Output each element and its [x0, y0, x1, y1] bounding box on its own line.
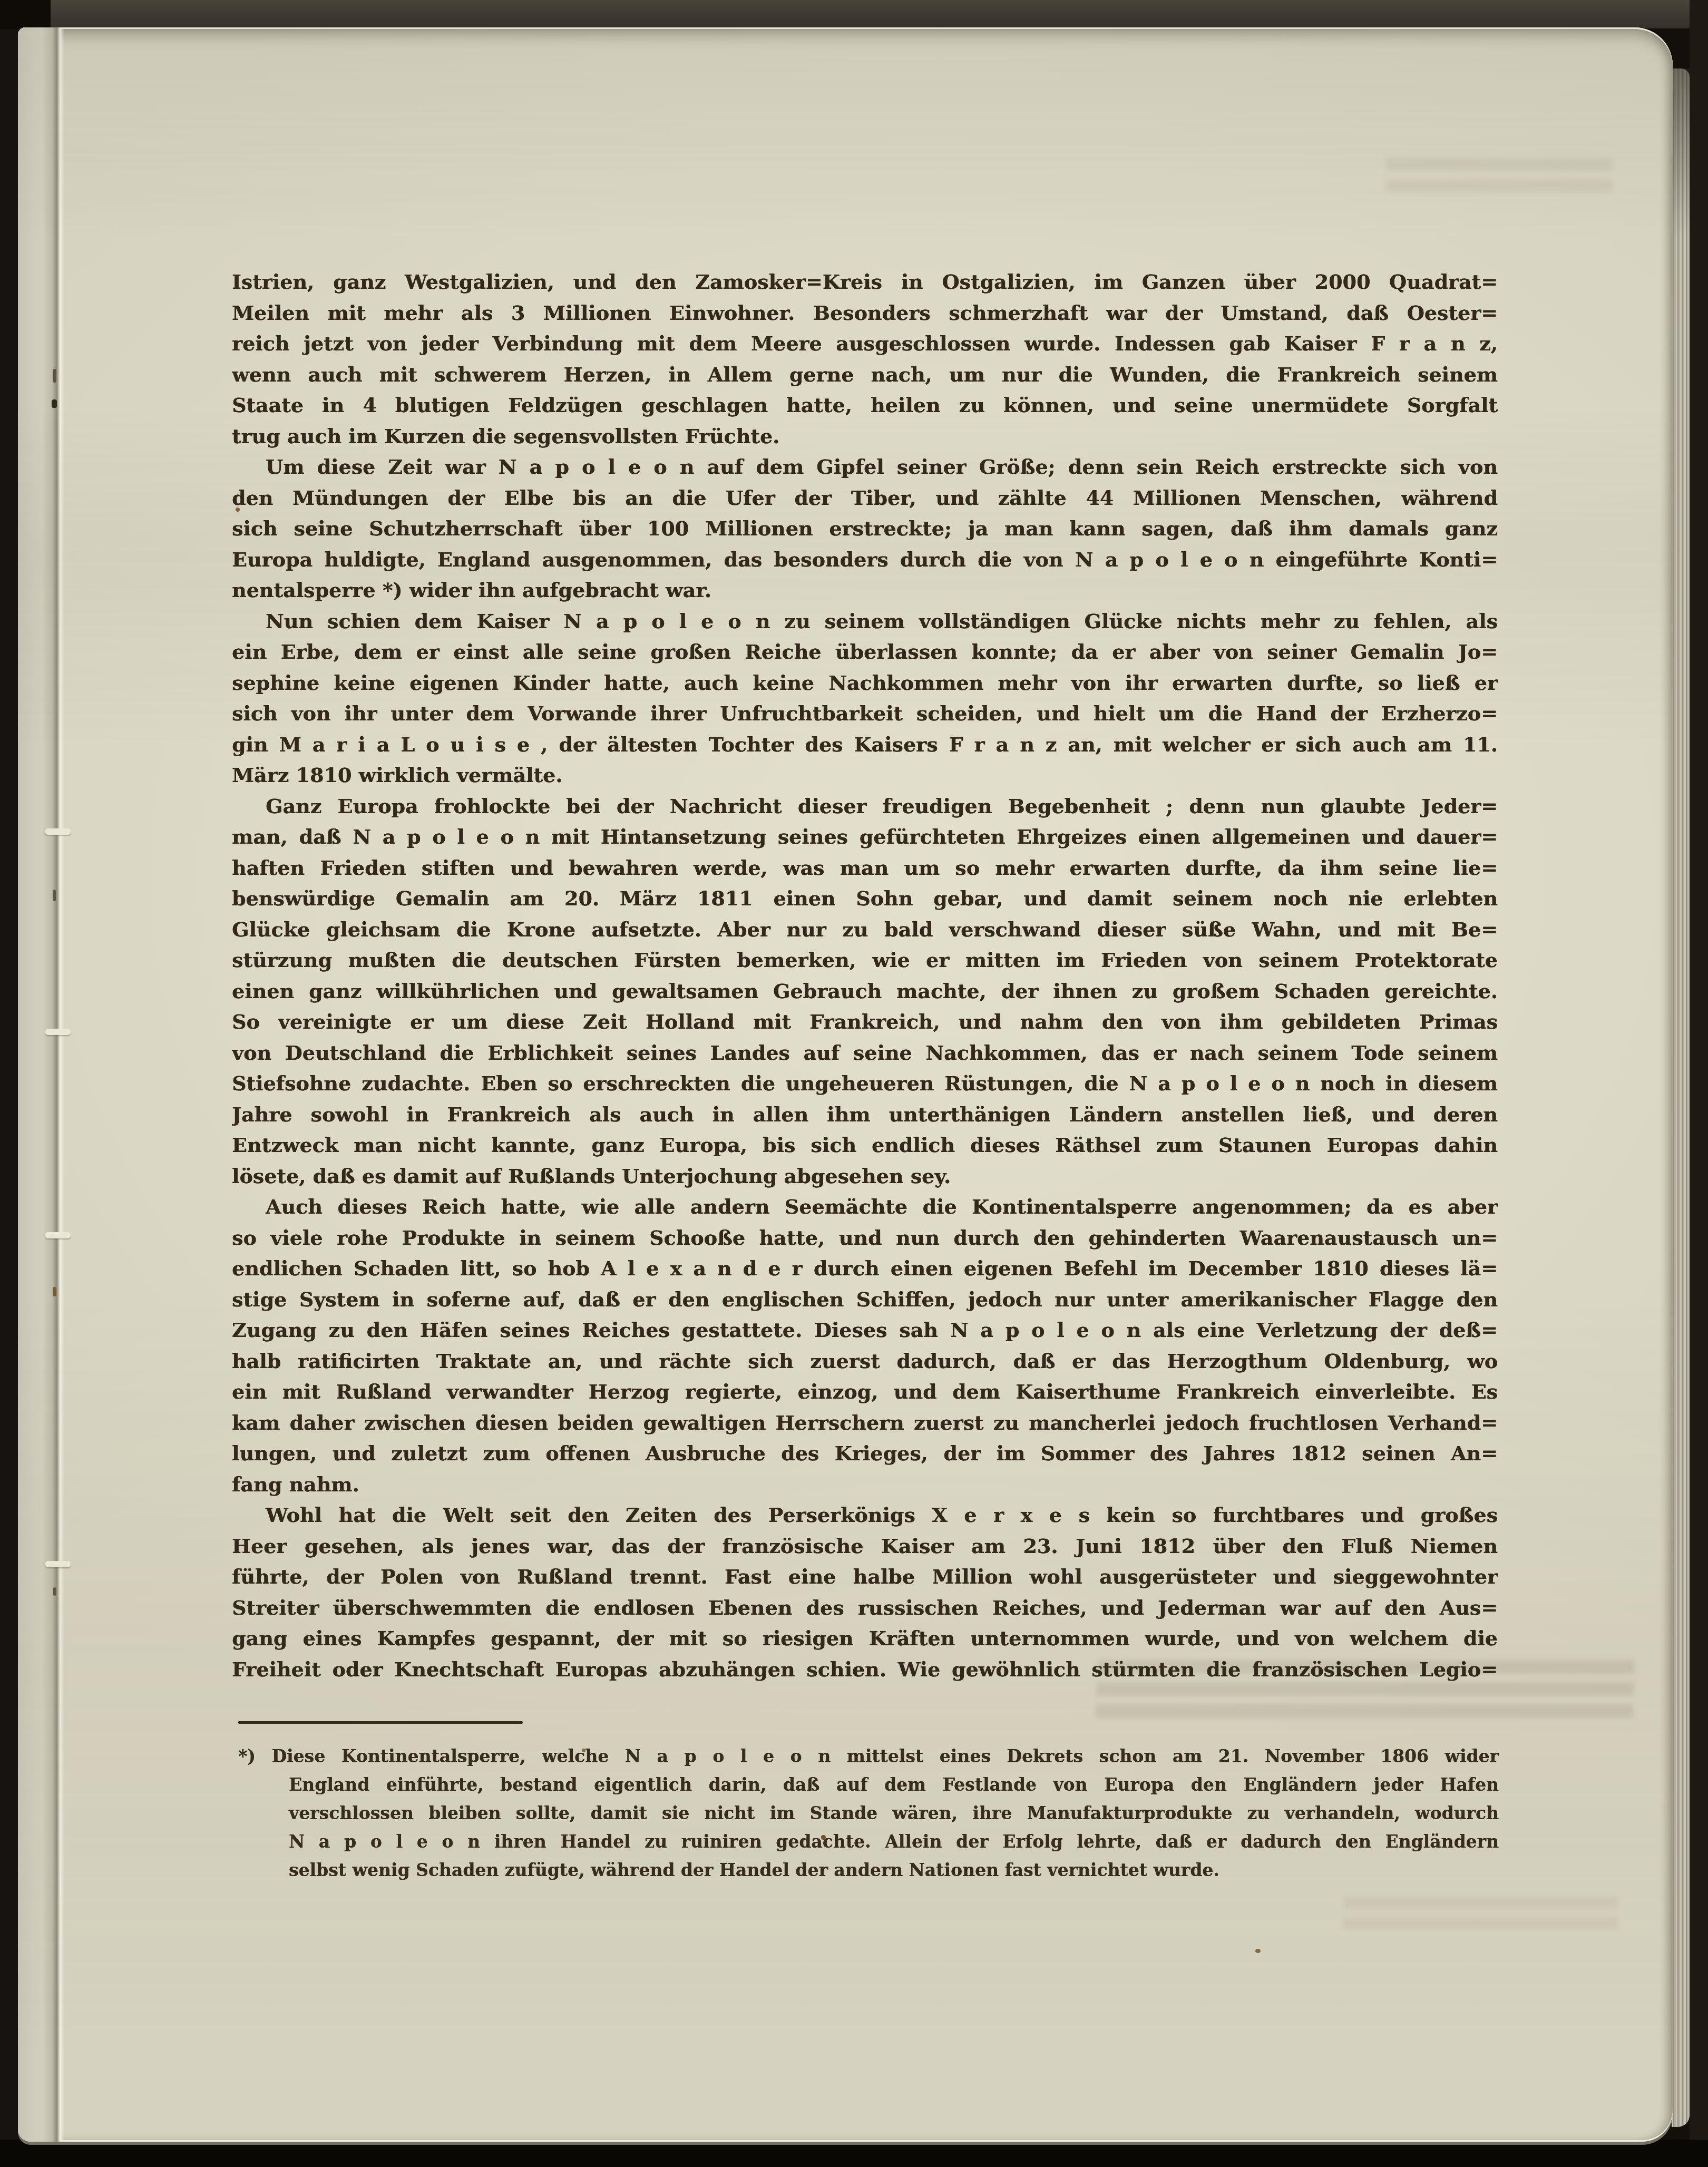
binding-stitch	[52, 399, 57, 408]
photo-background-left	[0, 0, 18, 2167]
text-line: sephine keine eigenen Kinder hatte, auch…	[232, 668, 1498, 699]
text-line: Nun schien dem Kaiser N a p o l e o n zu…	[232, 606, 1498, 637]
footnote-line: verschlossen bleiben sollte, damit sie n…	[238, 1799, 1499, 1828]
paper-speck	[1255, 1949, 1261, 1953]
text-line: Freiheit oder Knechtschaft Europas abzuh…	[232, 1654, 1498, 1685]
text-line: ein Erbe, dem er einst alle seine großen…	[232, 637, 1498, 668]
text-line: einen ganz willkührlichen und gewaltsame…	[232, 976, 1498, 1007]
binding-stitch	[53, 1287, 56, 1296]
text-line: so viele rohe Produkte in seinem Schooße…	[232, 1223, 1498, 1254]
photo-background-corner	[0, 0, 51, 30]
binding-paper-tab	[45, 1232, 71, 1238]
text-line: Entzweck man nicht kannte, ganz Europa, …	[232, 1130, 1498, 1161]
text-line: Europa huldigte, England ausgenommen, da…	[232, 544, 1498, 575]
binding-stitch	[53, 890, 56, 901]
text-line: kam daher zwischen diesen beiden gewalti…	[232, 1408, 1498, 1439]
binding-paper-tab	[45, 828, 71, 835]
page-stack-shadow	[1672, 69, 1690, 237]
footnote-line: selbst wenig Schaden zufügte, während de…	[238, 1856, 1499, 1885]
text-line: Meilen mit mehr als 3 Millionen Einwohne…	[232, 298, 1498, 329]
footnote-block: *) Diese Kontinentalsperre, welche N a p…	[238, 1742, 1499, 1885]
text-line: endlichen Schaden litt, so hob A l e x a…	[232, 1253, 1498, 1284]
text-line: sich seine Schutzherrschaft über 100 Mil…	[232, 513, 1498, 544]
page-stack-edge	[1672, 69, 1690, 2127]
text-line: wenn auch mit schwerem Herzen, in Allem …	[232, 359, 1498, 391]
text-line: gin M a r i a L o u i s e , der ältesten…	[232, 729, 1498, 760]
text-line: den Mündungen der Elbe bis an die Ufer d…	[232, 483, 1498, 514]
text-line: März 1810 wirklich vermälte.	[232, 760, 1498, 791]
text-line: stürzung mußten die deutschen Fürsten be…	[232, 945, 1498, 976]
binding-gutter	[18, 27, 64, 2142]
text-line: fang nahm.	[232, 1469, 1498, 1500]
main-text-block: Istrien, ganz Westgalizien, und den Zamo…	[232, 267, 1498, 1685]
text-line: sich von ihr unter dem Vorwande ihrer Un…	[232, 698, 1498, 729]
text-line: benswürdige Gemalin am 20. März 1811 ein…	[232, 883, 1498, 914]
text-line: Wohl hat die Welt seit den Zeiten des Pe…	[232, 1500, 1498, 1531]
footnote-line: *) Diese Kontinentalsperre, welche N a p…	[238, 1742, 1499, 1771]
text-line: haften Frieden stiften und bewahren werd…	[232, 853, 1498, 884]
text-line: Jahre sowohl in Frankreich als auch in a…	[232, 1099, 1498, 1130]
footnote-line: N a p o l e o n ihren Handel zu ruiniren…	[238, 1828, 1499, 1856]
photo-background-bottom	[0, 2140, 1708, 2167]
text-line: führte, der Polen von Rußland trennt. Fa…	[232, 1561, 1498, 1593]
text-line: Istrien, ganz Westgalizien, und den Zamo…	[232, 267, 1498, 298]
text-line: halb ratificirten Traktate an, und rächt…	[232, 1346, 1498, 1377]
text-line: lungen, und zuletzt zum offenen Ausbruch…	[232, 1438, 1498, 1469]
text-line: man, daß N a p o l e o n mit Hintansetzu…	[232, 822, 1498, 853]
text-line: Um diese Zeit war N a p o l e o n auf de…	[232, 452, 1498, 483]
photo-background-top	[0, 0, 1708, 28]
footnote-line: England einführte, bestand eigentlich da…	[238, 1771, 1499, 1799]
binding-paper-tab	[45, 1029, 71, 1035]
text-line: von Deutschland die Erblichkeit seines L…	[232, 1038, 1498, 1069]
text-line: nentalsperre *) wider ihn aufgebracht wa…	[232, 575, 1498, 606]
text-line: Stiefsohne zudachte. Eben so erschreckte…	[232, 1068, 1498, 1099]
book-photo: Istrien, ganz Westgalizien, und den Zamo…	[0, 0, 1708, 2167]
binding-stitch	[53, 369, 56, 383]
text-line: Streiter überschwemmten die endlosen Ebe…	[232, 1593, 1498, 1624]
text-line: stige System in soferne auf, daß er den …	[232, 1284, 1498, 1315]
text-line: lösete, daß es damit auf Rußlands Unterj…	[232, 1161, 1498, 1192]
text-line: Heer gesehen, als jenes war, das der fra…	[232, 1531, 1498, 1562]
text-line: Auch dieses Reich hatte, wie alle andern…	[232, 1192, 1498, 1223]
text-line: Staate in 4 blutigen Feldzügen geschlage…	[232, 390, 1498, 421]
text-line: Ganz Europa frohlockte bei der Nachricht…	[232, 791, 1498, 822]
footnote-separator	[238, 1721, 523, 1724]
binding-paper-tab	[45, 1561, 71, 1567]
text-line: reich jetzt von jeder Verbindung mit dem…	[232, 328, 1498, 359]
text-line: gang eines Kampfes gespannt, der mit so …	[232, 1623, 1498, 1654]
text-line: trug auch im Kurzen die segensvollsten F…	[232, 421, 1498, 452]
text-line: Glücke gleichsam die Krone aufsetzte. Ab…	[232, 914, 1498, 945]
binding-stitch	[53, 1587, 56, 1596]
photo-background-right	[1690, 0, 1708, 2167]
text-line: So vereinigte er um diese Zeit Holland m…	[232, 1007, 1498, 1038]
text-line: Zugang zu den Häfen seines Reiches gesta…	[232, 1315, 1498, 1346]
text-line: ein mit Rußland verwandter Herzog regier…	[232, 1377, 1498, 1408]
